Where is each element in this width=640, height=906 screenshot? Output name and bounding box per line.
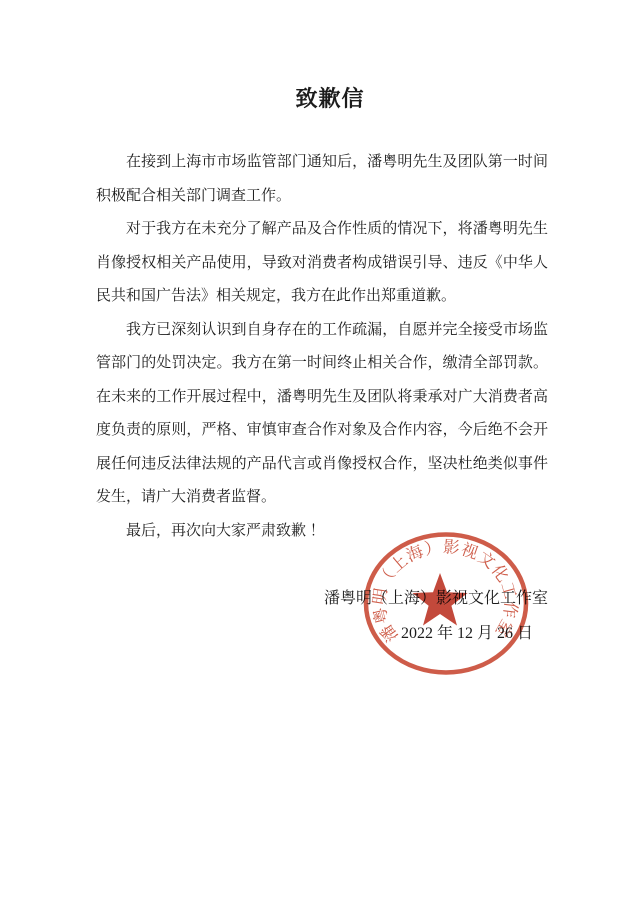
body-line: 管部门的处罚决定。我方在第一时间终止相关合作，缴清全部罚款。	[96, 347, 548, 381]
body-line: 在未来的工作开展过程中，潘粤明先生及团队将秉承对广大消费者高	[96, 381, 548, 415]
apology-letter-page: 致歉信 在接到上海市市场监管部门通知后，潘粤明先生及团队第一时间积极配合相关部门…	[0, 0, 640, 906]
body-line: 对于我方在未充分了解产品及合作性质的情况下，将潘粤明先生	[96, 213, 548, 247]
date-line: 2022 年 12 月 26 日	[401, 620, 533, 643]
body-line: 最后，再次向大家严肃致歉 ！	[96, 515, 548, 549]
body-line: 在接到上海市市场监管部门通知后，潘粤明先生及团队第一时间	[96, 146, 548, 180]
body-line: 肖像授权相关产品使用，导致对消费者构成错误引导、违反《中华人	[96, 247, 548, 281]
body-line: 我方已深刻认识到自身存在的工作疏漏，自愿并完全接受市场监	[96, 314, 548, 348]
body-line: 度负责的原则，严格、审慎审查合作对象及合作内容，今后绝不会开	[96, 414, 548, 448]
body-line: 积极配合相关部门调查工作。	[96, 180, 548, 214]
body-line: 发生，请广大消费者监督。	[96, 481, 548, 515]
page-title: 致歉信	[295, 82, 364, 113]
signature-line: 潘粤明（上海）影视文化工作室	[324, 585, 548, 608]
letter-body: 在接到上海市市场监管部门通知后，潘粤明先生及团队第一时间积极配合相关部门调查工作…	[96, 146, 548, 548]
body-line: 展任何违反法律法规的产品代言或肖像授权合作，坚决杜绝类似事件	[96, 448, 548, 482]
body-line: 民共和国广告法》相关规定，我方在此作出郑重道歉。	[96, 280, 548, 314]
